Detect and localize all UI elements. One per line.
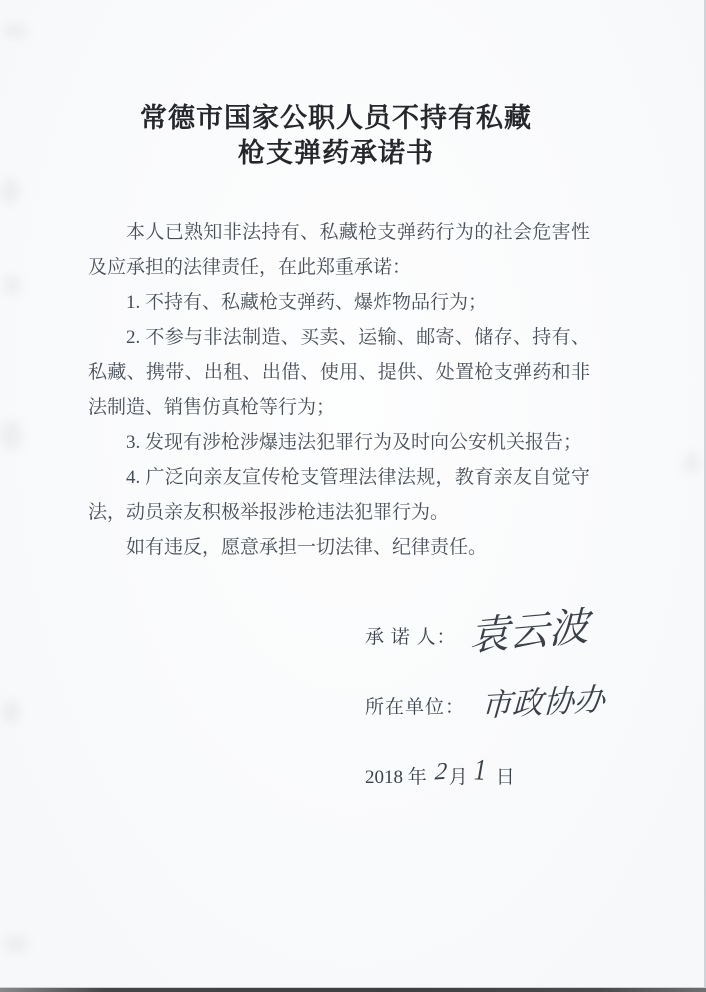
paragraph-intro: 本人已熟知非法持有、私藏枪支弹药行为的社会危害性及应承担的法律责任，在此郑重承诺… xyxy=(88,215,590,285)
date-row: 2018 年 2 月 1 日 xyxy=(365,740,706,810)
promiser-row: 承 诺 人： 袁云波 xyxy=(365,600,706,670)
paragraph-item-4: 4. 广泛向亲友宣传枪支管理法律法规，教育亲友自觉守法，动员亲友积极举报涉枪违法… xyxy=(88,460,590,530)
scan-smudge xyxy=(2,24,28,38)
scan-smudge xyxy=(0,420,22,450)
date-month-label: 月 xyxy=(449,762,468,789)
date-day-label: 日 xyxy=(496,762,515,789)
unit-row: 所在单位： 市政协办 xyxy=(365,670,706,740)
promiser-signature-handwriting: 袁云波 xyxy=(468,594,589,662)
document-title-line-2: 枪支弹药承诺书 xyxy=(0,136,672,171)
paragraph-item-1: 1. 不持有、私藏枪支弹药、爆炸物品行为； xyxy=(88,285,590,320)
paragraph-item-3: 3. 发现有涉枪涉爆违法犯罪行为及时向公安机关报告； xyxy=(88,425,590,460)
scan-smudge xyxy=(3,275,21,295)
scan-bottom-edge xyxy=(0,987,706,992)
scanned-commitment-letter-page: 常德市国家公职人员不持有私藏 枪支弹药承诺书 本人已熟知非法持有、私藏枪支弹药行… xyxy=(0,0,706,992)
scan-smudge xyxy=(4,936,28,952)
document-title-line-1: 常德市国家公职人员不持有私藏 xyxy=(0,101,672,136)
signature-block: 承 诺 人： 袁云波 所在单位： 市政协办 2018 年 2 月 1 日 xyxy=(365,600,706,810)
promiser-label: 承 诺 人： xyxy=(365,622,457,649)
document-title: 常德市国家公职人员不持有私藏 枪支弹药承诺书 xyxy=(0,101,672,171)
date-month-handwriting: 2 xyxy=(434,758,448,786)
scan-smudge xyxy=(2,700,20,724)
unit-label: 所在单位： xyxy=(365,692,465,719)
document-body: 本人已熟知非法持有、私藏枪支弹药行为的社会危害性及应承担的法律责任，在此郑重承诺… xyxy=(88,215,590,565)
unit-handwriting: 市政协办 xyxy=(480,673,605,725)
date-day-handwriting: 1 xyxy=(473,754,486,788)
paragraph-item-2: 2. 不参与非法制造、买卖、运输、邮寄、储存、持有、私藏、携带、出租、出借、使用… xyxy=(88,320,590,425)
date-year-label: 2018 年 xyxy=(365,762,427,789)
scan-smudge xyxy=(0,178,20,204)
scan-smudge xyxy=(684,452,700,474)
paragraph-closing: 如有违反，愿意承担一切法律、纪律责任。 xyxy=(88,530,590,565)
